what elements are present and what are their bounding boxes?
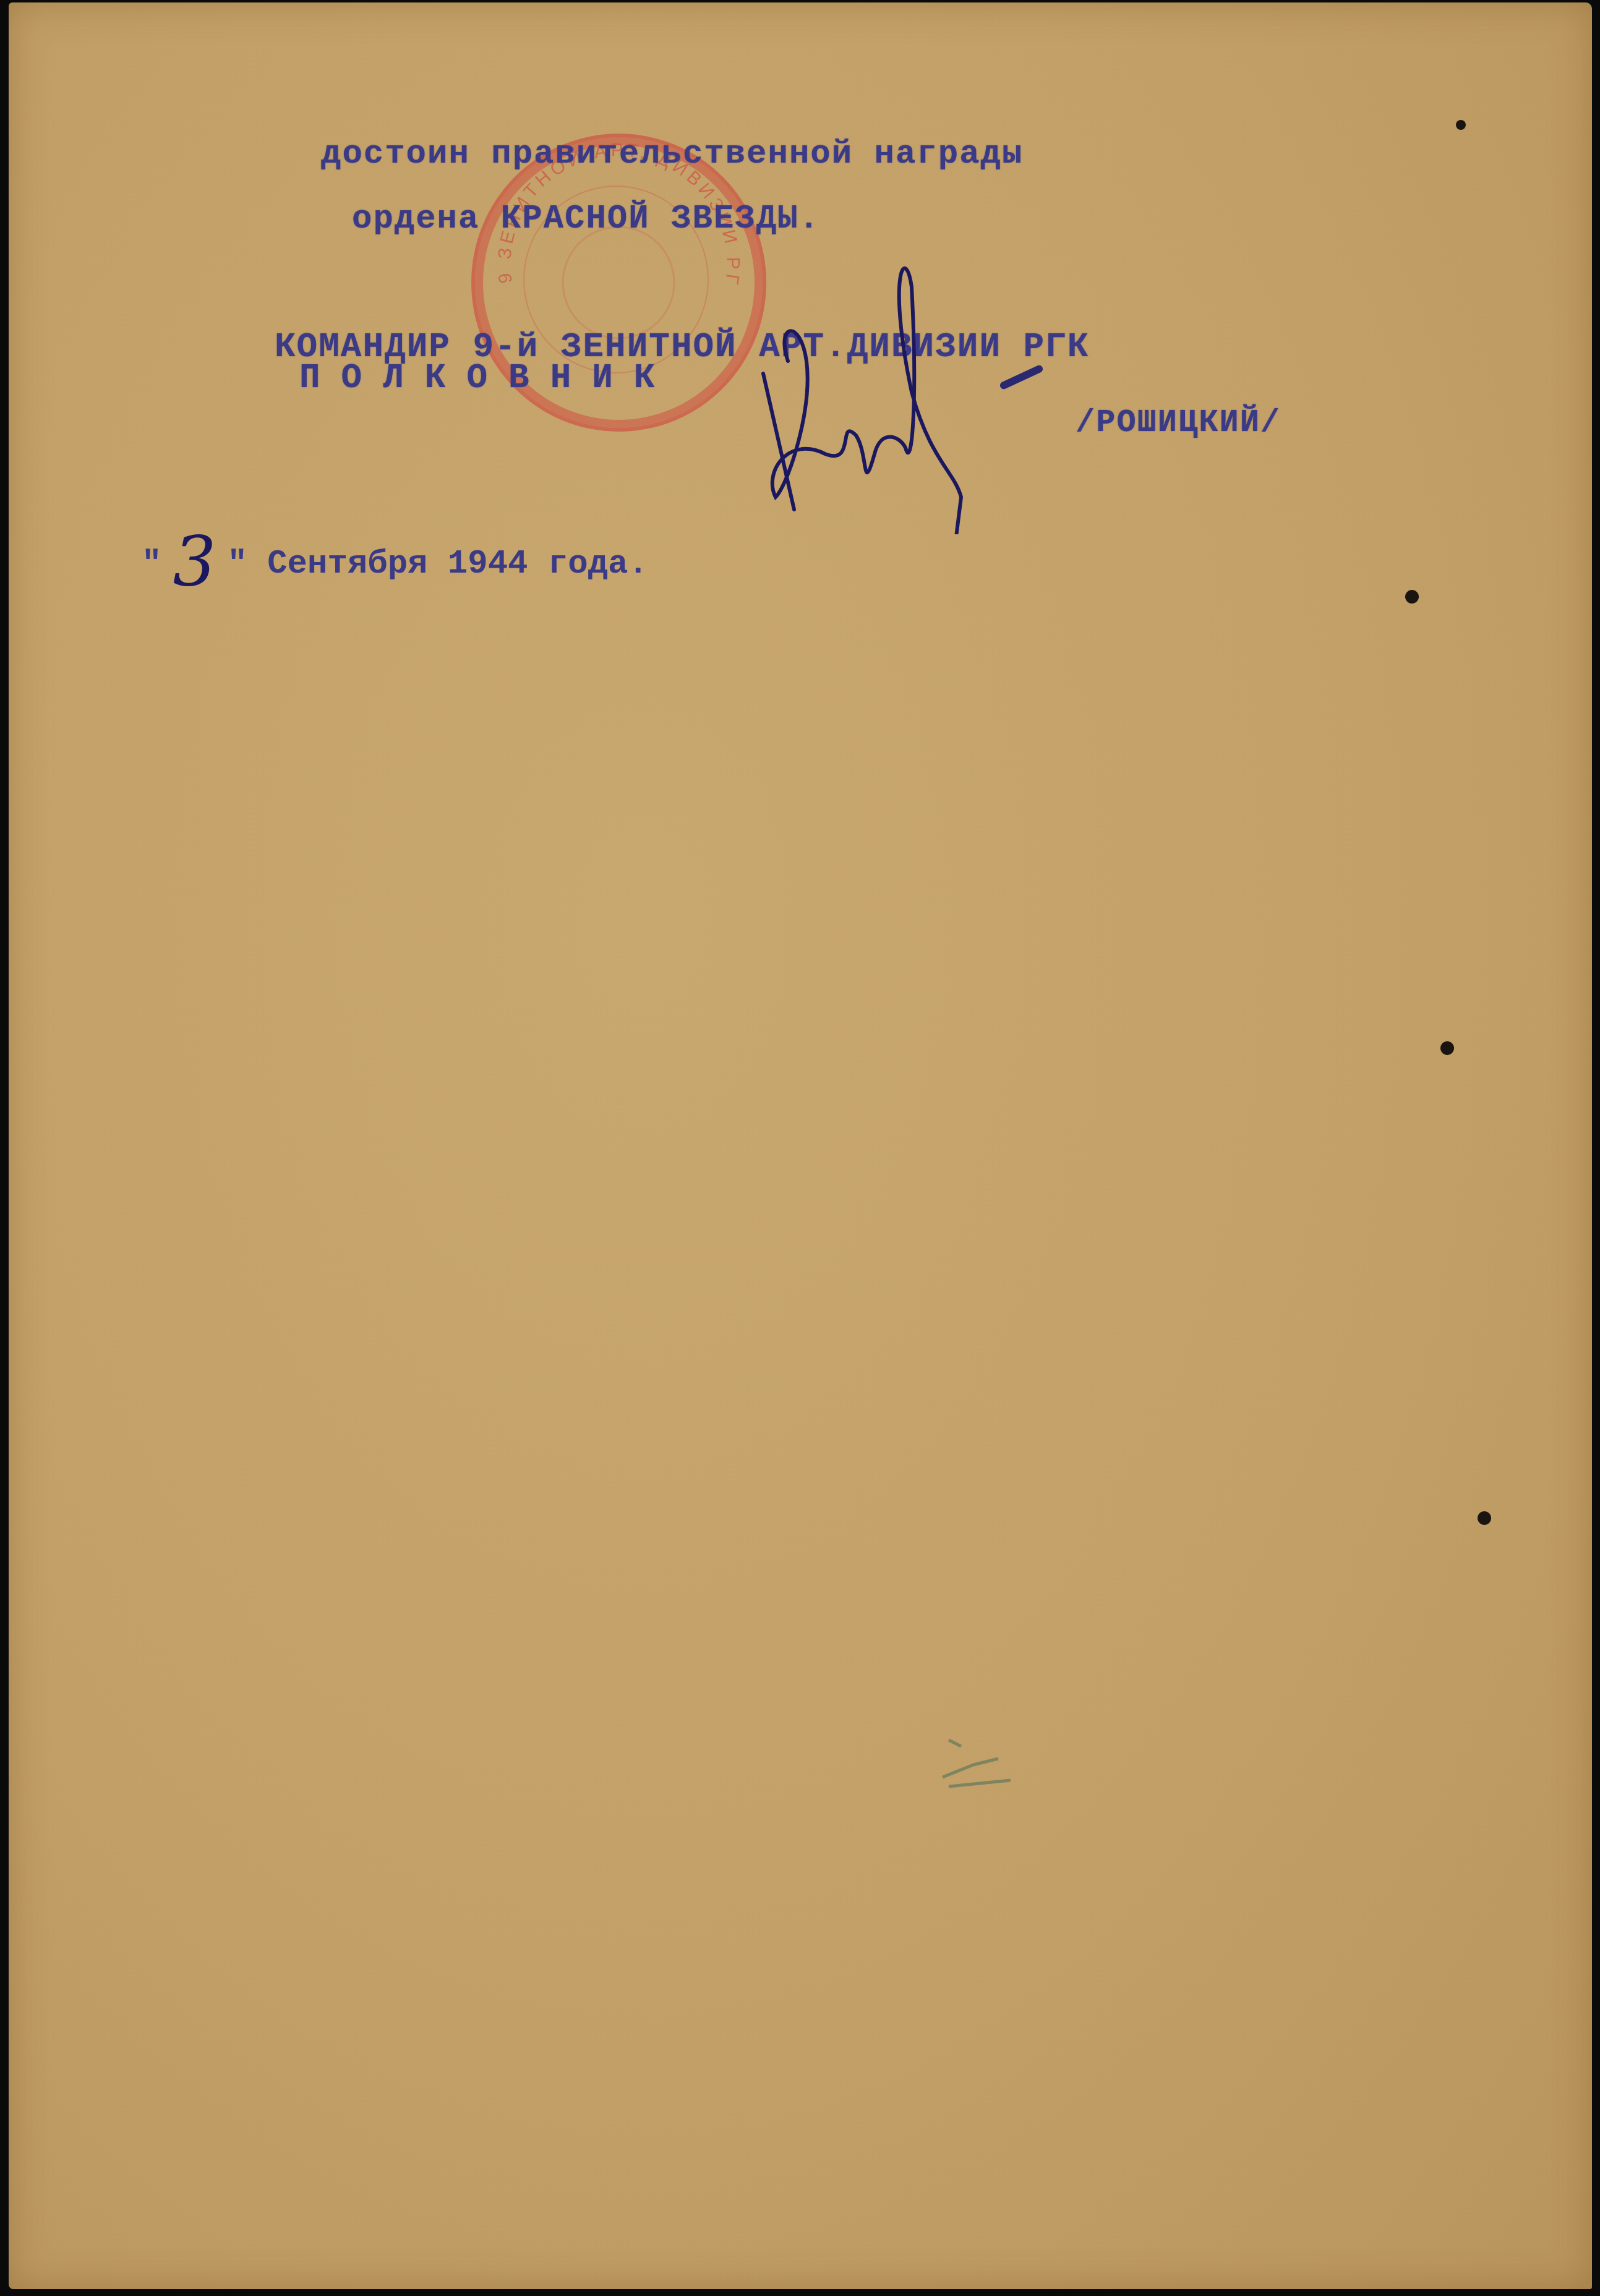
date-close-quote: " bbox=[227, 545, 247, 583]
handwritten-signature-icon bbox=[751, 250, 1072, 534]
date-month-year: Сентября 1944 года. bbox=[267, 545, 648, 583]
signatory-rank: ПОЛКОВНИК bbox=[299, 358, 675, 398]
faint-pencil-mark-icon bbox=[924, 1722, 1035, 1790]
date-open-quote: " bbox=[142, 545, 161, 583]
binding-hole bbox=[1440, 1041, 1454, 1055]
date-day-handwritten: 3 bbox=[173, 522, 216, 601]
binding-hole bbox=[1456, 120, 1466, 130]
document-sheet: 9 ЗЕНИТНОЙ АРТ. ДИВИЗИИ РГК достоин прав… bbox=[9, 2, 1592, 2289]
award-line-2: ордена КРАСНОЙ ЗВЕЗДЫ. bbox=[352, 200, 820, 238]
award-line-1: достоин правительственной награды bbox=[321, 135, 1023, 173]
document-date: "3" Сентября 1944 года. bbox=[142, 510, 648, 589]
binding-hole bbox=[1478, 1511, 1491, 1525]
binding-hole bbox=[1405, 590, 1419, 604]
signatory-name: /РОШИЦКИЙ/ bbox=[1076, 404, 1281, 441]
